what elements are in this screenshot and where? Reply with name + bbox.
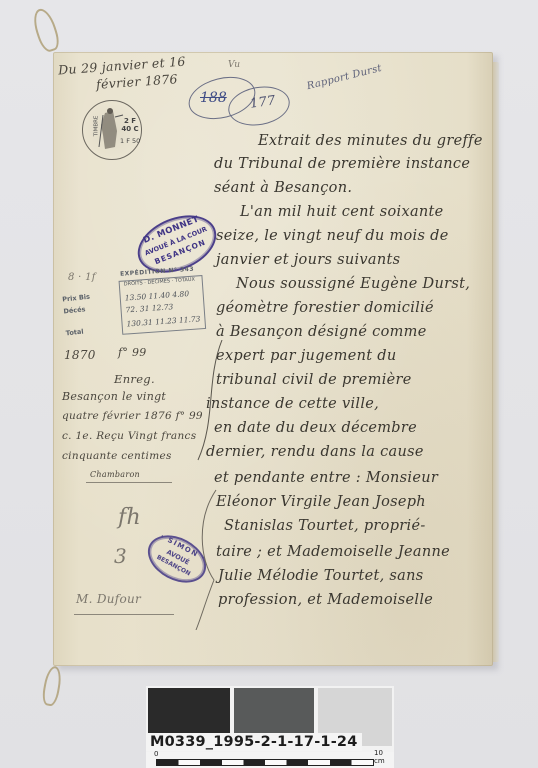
registrar-signature: Chambaron <box>90 470 140 479</box>
signature-underline <box>86 482 172 483</box>
scale-bar-segments <box>156 759 374 766</box>
margin-line2: Besançon le vingt <box>62 390 166 403</box>
body-line-3: séant à Besançon. <box>214 180 352 196</box>
registration-row2: 72. 31 12.73 <box>125 302 173 314</box>
color-calibration-target: M0339_1995-2-1-17-1-24 0 10 cm <box>146 686 394 768</box>
body-line-12: instance de cette ville, <box>206 396 379 412</box>
body-line-19: Julie Mélodie Tourtet, sans <box>218 568 424 584</box>
fiscal-stamp-side-text: TIMBRE <box>93 116 99 137</box>
fiscal-stamp-seal: TIMBRE 2 F 40 C 1 F 50 <box>82 100 142 160</box>
scale-unit: cm <box>374 757 385 765</box>
body-line-7: Nous soussigné Eugène Durst, <box>236 276 470 292</box>
body-line-9: à Besançon désigné comme <box>216 324 427 340</box>
body-line-17: Stanislas Tourtet, proprié- <box>224 518 426 534</box>
fiscal-stamp-value-top: 2 F 40 C <box>119 117 141 133</box>
body-line-18: taire ; et Mademoiselle Jeanne <box>216 544 450 560</box>
body-line-13: en date du deux décembre <box>214 420 417 436</box>
registration-header-row: DROITS · DÉCIMES · TOTAUX <box>124 277 196 288</box>
body-line-2: du Tribunal de première instance <box>214 156 470 172</box>
body-line-11: tribunal civil de première <box>216 372 412 388</box>
lower-mark-2: 3 <box>114 544 127 568</box>
margin-line4: c. 1e. Reçu Vingt francs <box>62 430 196 442</box>
folio-number: 1870 <box>64 348 96 362</box>
body-line-6: janvier et jours suivants <box>216 252 400 268</box>
body-line-15: et pendante entre : Monsieur <box>214 470 438 486</box>
fiscal-stamp-value-bottom: 1 F 50 <box>120 137 140 145</box>
body-line-14: dernier, rendu dans la cause <box>206 444 424 460</box>
lower-signature-underline <box>74 614 174 615</box>
lower-mark-1: fh <box>118 505 141 530</box>
lower-signature: M. Dufour <box>76 592 141 606</box>
registration-box: DROITS · DÉCIMES · TOTAUX 13.50 11.40 4.… <box>119 275 207 335</box>
registration-total-row: 130.31 11.23 11.73 <box>126 314 200 328</box>
body-line-20: profession, et Mademoiselle <box>218 592 433 608</box>
body-line-4: L'an mil huit cent soixante <box>240 204 444 220</box>
page-edge <box>493 62 499 662</box>
margin-bracket-stroke <box>186 340 226 630</box>
margin-line3: quatre février 1876 f° 99 <box>62 410 203 422</box>
folio-ref: f° 99 <box>118 346 147 359</box>
scale-end: 10 <box>374 749 383 757</box>
registration-stamp: EXPÉDITION N° 343 DROITS · DÉCIMES · TOT… <box>116 265 206 335</box>
scale-start: 0 <box>154 750 158 758</box>
body-line-10: expert par jugement du <box>216 348 396 364</box>
top-mark: Vu <box>228 60 240 70</box>
margin-line5: cinquante centimes <box>62 450 172 462</box>
body-line-16: Eléonor Virgile Jean Joseph <box>216 494 426 510</box>
body-line-5: seize, le vingt neuf du mois de <box>216 228 449 244</box>
body-line-1: Extrait des minutes du greffe <box>258 133 483 149</box>
reg-label-deces: Décés <box>63 303 92 318</box>
catalog-label: M0339_1995-2-1-17-1-24 <box>146 733 362 751</box>
registration-labels: Prix Bis Décés Total <box>62 291 94 340</box>
folio-mark: 8 · 1f <box>68 272 96 283</box>
margin-line1: Enreg. <box>114 372 155 386</box>
body-line-8: géomètre forestier domicilié <box>216 300 434 316</box>
crossed-number: 188 <box>200 90 227 106</box>
registration-row1: 13.50 11.40 4.80 <box>124 289 189 302</box>
cm-scale-bar: 0 10 cm <box>146 752 394 768</box>
